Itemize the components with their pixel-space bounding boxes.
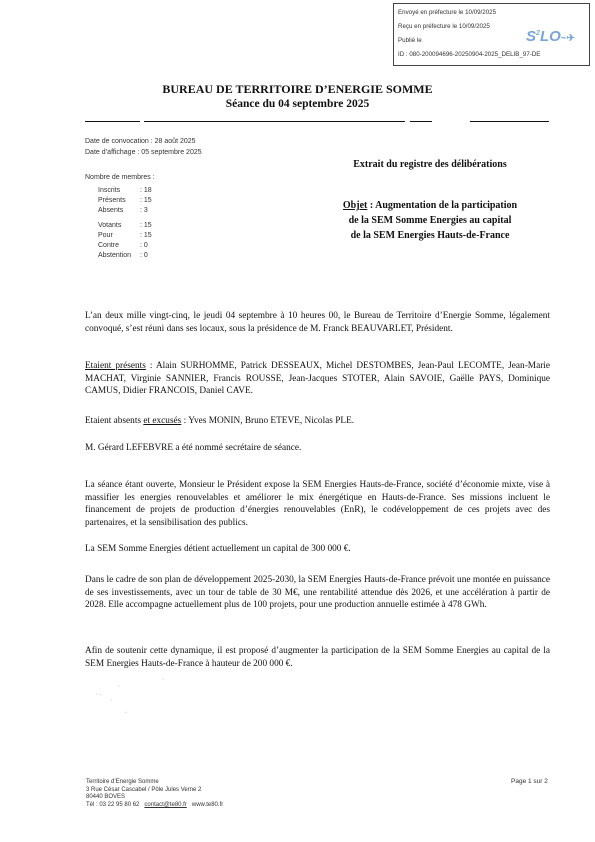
register-extract-title: Extrait du registre des délibérations (300, 159, 560, 170)
stamp-id: ID : 080-200094696-20250904-2025_DELIB_9… (398, 48, 585, 62)
subject-block: Objet : Augmentation de la participation… (300, 198, 560, 243)
scan-artifact: · (118, 684, 120, 690)
scan-artifact: · (110, 698, 112, 704)
member-row: Abstention: 0 (98, 251, 152, 261)
capital-paragraph: La SEM Somme Energies détient actuelleme… (85, 543, 550, 556)
member-row: Contre: 0 (98, 241, 152, 251)
intro-paragraph: L’an deux mille vingt-cinq, le jeudi 04 … (85, 310, 550, 335)
document-title: BUREAU DE TERRITOIRE D’ENERGIE SOMME (0, 82, 595, 97)
footer-address: Territoire d’Energie Somme 3 Rue César C… (86, 779, 223, 809)
secretary-paragraph: M. Gérard LEFEBVRE a été nommé secrétair… (85, 442, 550, 455)
absent-members-paragraph: Etaient absents et excusés : Yves MONIN,… (85, 415, 550, 428)
footer-website[interactable]: www.te80.fr (192, 802, 223, 808)
subject-label: Objet (343, 200, 367, 211)
member-row: Inscrits: 18 (98, 186, 152, 196)
proposal-paragraph: Afin de soutenir cette dynamique, il est… (85, 645, 550, 670)
exposition-paragraph: La séance étant ouverte, Monsieur le Pré… (85, 479, 550, 529)
prefecture-stamp: Envoyé en préfecture le 10/09/2025 Reçu … (393, 3, 590, 66)
member-row: Votants: 15 (98, 221, 152, 231)
members-heading: Nombre de membres : (85, 174, 155, 181)
development-plan-paragraph: Dans le cadre de son plan de développeme… (85, 574, 550, 612)
divider-gap (432, 119, 470, 123)
scan-artifact: · · (96, 692, 102, 698)
members-count-list: Inscrits: 18 Présents: 15 Absents: 3 Vot… (98, 186, 152, 261)
session-date: Séance du 04 septembre 2025 (0, 98, 595, 110)
footer-email-link[interactable]: contact@te80.fr (144, 802, 186, 808)
display-date: Date d’affichage : 05 septembre 2025 (85, 149, 202, 156)
scan-artifact: · (162, 677, 164, 683)
present-members-paragraph: Etaient présents : Alain SURHOMME, Patri… (85, 360, 550, 398)
scan-artifact: · (125, 710, 127, 716)
member-row: Pour: 15 (98, 231, 152, 241)
header-divider (85, 121, 549, 122)
divider-gap (140, 119, 144, 123)
page-number: Page 1 sur 2 (511, 778, 548, 785)
member-row: Présents: 15 (98, 196, 152, 206)
divider-gap (405, 119, 410, 123)
member-row: Absents: 3 (98, 206, 152, 216)
convocation-date: Date de convocation : 28 août 2025 (85, 138, 196, 145)
stamp-sent: Envoyé en préfecture le 10/09/2025 (398, 6, 585, 20)
s2lo-logo-icon: S2LO~✈ (526, 28, 575, 45)
